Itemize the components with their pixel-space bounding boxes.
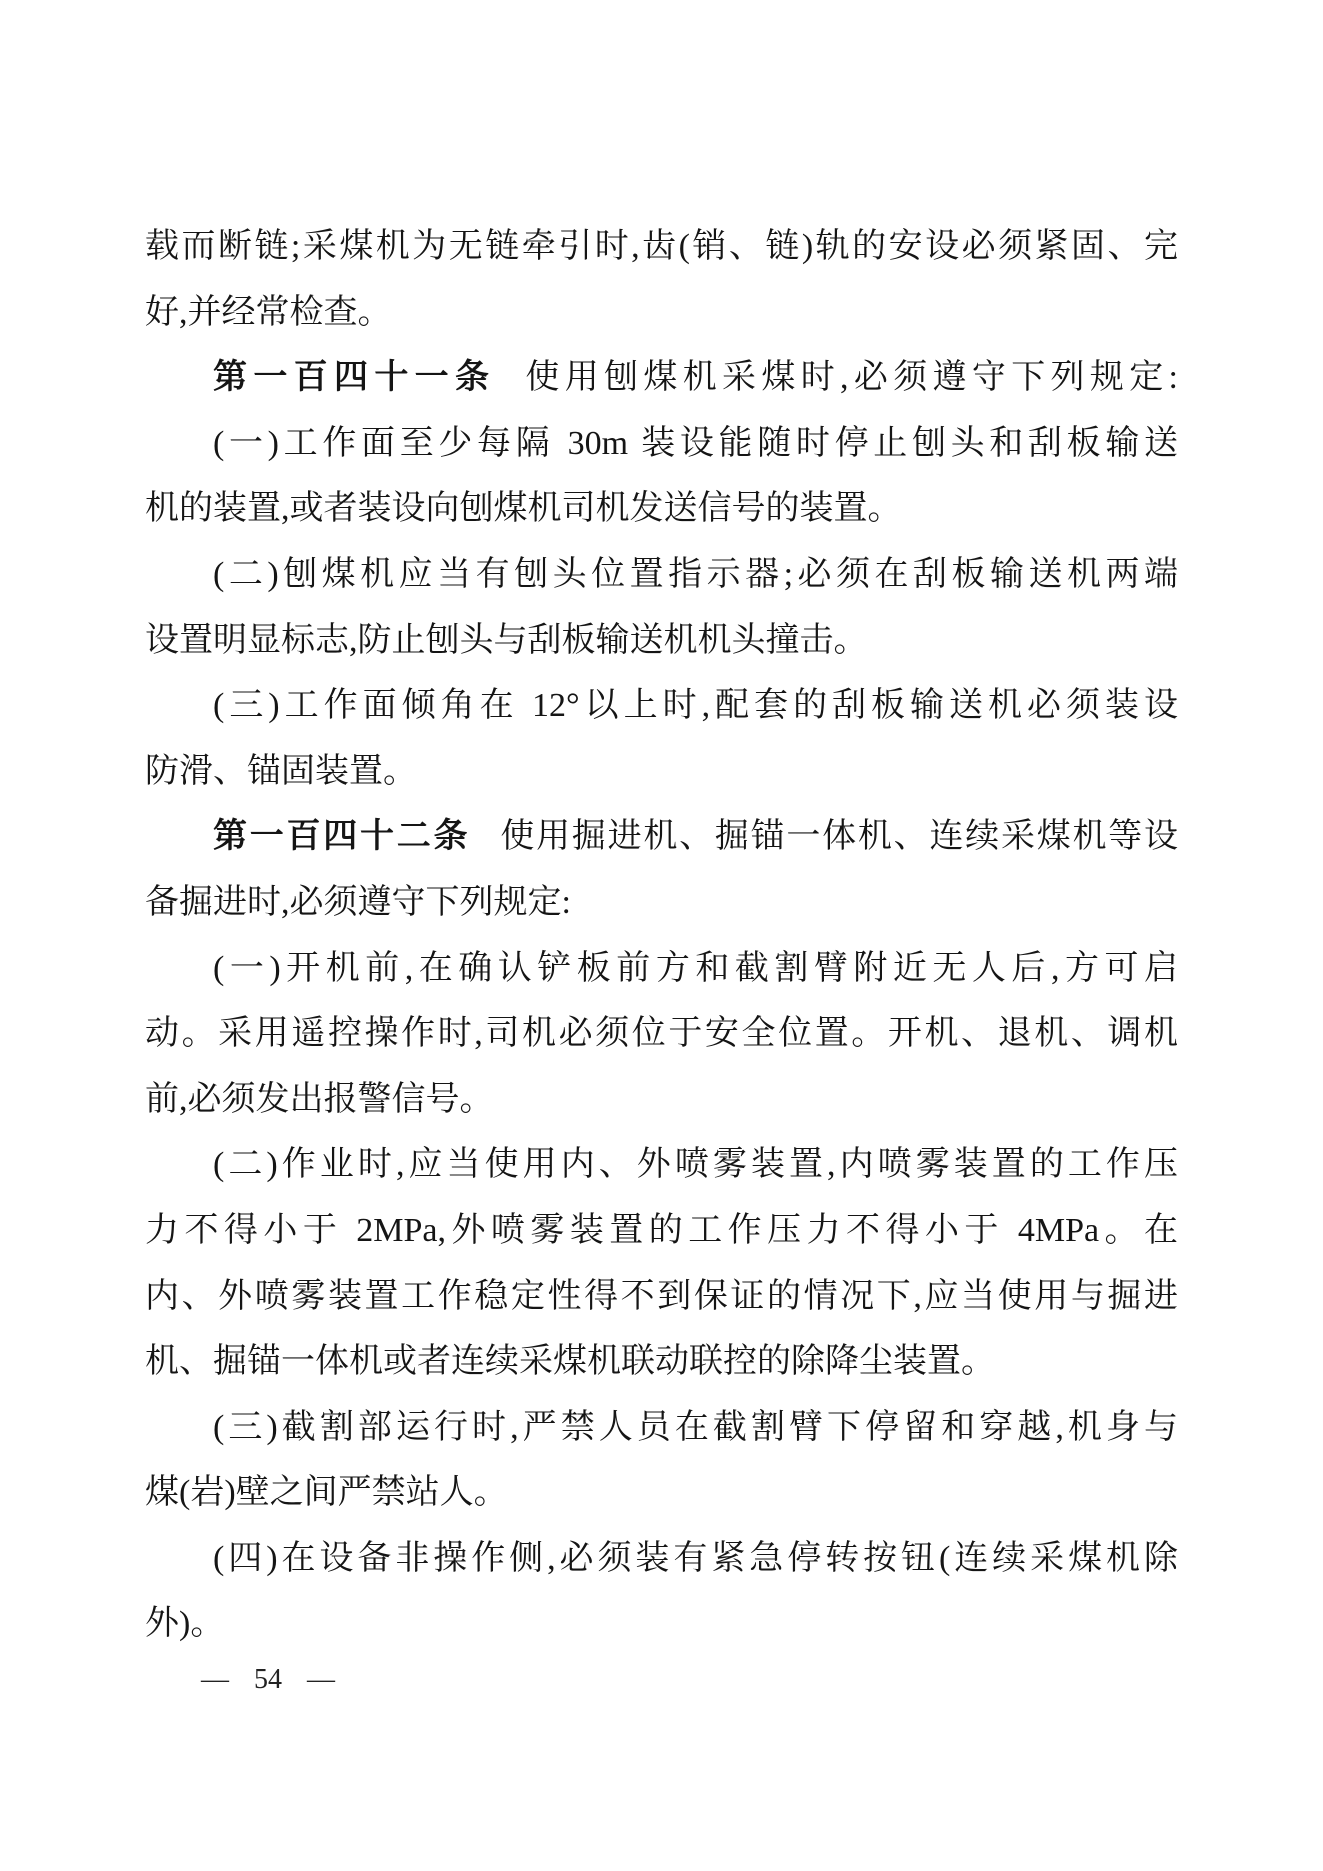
footer-dash-left: — bbox=[201, 1664, 229, 1696]
text-line: (二)刨煤机应当有刨头位置指示器;必须在刮板输送机两端 bbox=[145, 542, 1178, 608]
paragraph: (四)在设备非操作侧,必须装有紧急停转按钮(连续采煤机除外)。 bbox=[145, 1526, 1178, 1657]
paragraph: (二)作业时,应当使用内、外喷雾装置,内喷雾装置的工作压力不得小于 2MPa,外… bbox=[145, 1132, 1178, 1394]
document-body: 载而断链;采煤机为无链牵引时,齿(销、链)轨的安设必须紧固、完好,并经常检查。第… bbox=[145, 214, 1178, 1657]
page-footer: — 54 — bbox=[201, 1664, 335, 1696]
text-line: 载而断链;采煤机为无链牵引时,齿(销、链)轨的安设必须紧固、完 bbox=[145, 214, 1178, 280]
article-number: 第一百四十二条 bbox=[213, 817, 470, 855]
text-line: (四)在设备非操作侧,必须装有紧急停转按钮(连续采煤机除 bbox=[145, 1526, 1178, 1592]
text-line: (一)开机前,在确认铲板前方和截割臂附近无人后,方可启 bbox=[145, 936, 1178, 1002]
paragraph: 载而断链;采煤机为无链牵引时,齿(销、链)轨的安设必须紧固、完好,并经常检查。 bbox=[145, 214, 1178, 345]
footer-dash-right: — bbox=[307, 1664, 335, 1696]
text-line: 防滑、锚固装置。 bbox=[145, 739, 1178, 805]
paragraph: (二)刨煤机应当有刨头位置指示器;必须在刮板输送机两端设置明显标志,防止刨头与刮… bbox=[145, 542, 1178, 673]
text-line: (一)工作面至少每隔 30m 装设能随时停止刨头和刮板输送 bbox=[145, 411, 1178, 477]
text-line: 机的装置,或者装设向刨煤机司机发送信号的装置。 bbox=[145, 476, 1178, 542]
paragraph: 第一百四十一条使用刨煤机采煤时,必须遵守下列规定: bbox=[145, 345, 1178, 411]
paragraph: 第一百四十二条使用掘进机、掘锚一体机、连续采煤机等设备掘进时,必须遵守下列规定: bbox=[145, 804, 1178, 935]
paragraph: (三)工作面倾角在 12°以上时,配套的刮板输送机必须装设防滑、锚固装置。 bbox=[145, 673, 1178, 804]
text-line: 好,并经常检查。 bbox=[145, 280, 1178, 346]
paragraph: (一)开机前,在确认铲板前方和截割臂附近无人后,方可启动。采用遥控操作时,司机必… bbox=[145, 936, 1178, 1133]
document-page: { "document": { "paragraphs": [ { "inden… bbox=[0, 0, 1323, 1871]
text-line: 外)。 bbox=[145, 1591, 1178, 1657]
text-line: 力不得小于 2MPa,外喷雾装置的工作压力不得小于 4MPa。在 bbox=[145, 1198, 1178, 1264]
text-line: 动。采用遥控操作时,司机必须位于安全位置。开机、退机、调机 bbox=[145, 1001, 1178, 1067]
text-line: 设置明显标志,防止刨头与刮板输送机机头撞击。 bbox=[145, 608, 1178, 674]
text-line: 机、掘锚一体机或者连续采煤机联动联控的除降尘装置。 bbox=[145, 1329, 1178, 1395]
text-line: 第一百四十二条使用掘进机、掘锚一体机、连续采煤机等设 bbox=[145, 804, 1178, 870]
text-line: (二)作业时,应当使用内、外喷雾装置,内喷雾装置的工作压 bbox=[145, 1132, 1178, 1198]
page-number: 54 bbox=[254, 1664, 282, 1696]
paragraph: (一)工作面至少每隔 30m 装设能随时停止刨头和刮板输送机的装置,或者装设向刨… bbox=[145, 411, 1178, 542]
paragraph: (三)截割部运行时,严禁人员在截割臂下停留和穿越,机身与煤(岩)壁之间严禁站人。 bbox=[145, 1395, 1178, 1526]
text-line: (三)截割部运行时,严禁人员在截割臂下停留和穿越,机身与 bbox=[145, 1395, 1178, 1461]
text-line: 第一百四十一条使用刨煤机采煤时,必须遵守下列规定: bbox=[145, 345, 1178, 411]
text-line: 备掘进时,必须遵守下列规定: bbox=[145, 870, 1178, 936]
text-line: 煤(岩)壁之间严禁站人。 bbox=[145, 1460, 1178, 1526]
text-line: 内、外喷雾装置工作稳定性得不到保证的情况下,应当使用与掘进 bbox=[145, 1264, 1178, 1330]
text-line: 前,必须发出报警信号。 bbox=[145, 1067, 1178, 1133]
article-number: 第一百四十一条 bbox=[213, 358, 495, 396]
text-line: (三)工作面倾角在 12°以上时,配套的刮板输送机必须装设 bbox=[145, 673, 1178, 739]
